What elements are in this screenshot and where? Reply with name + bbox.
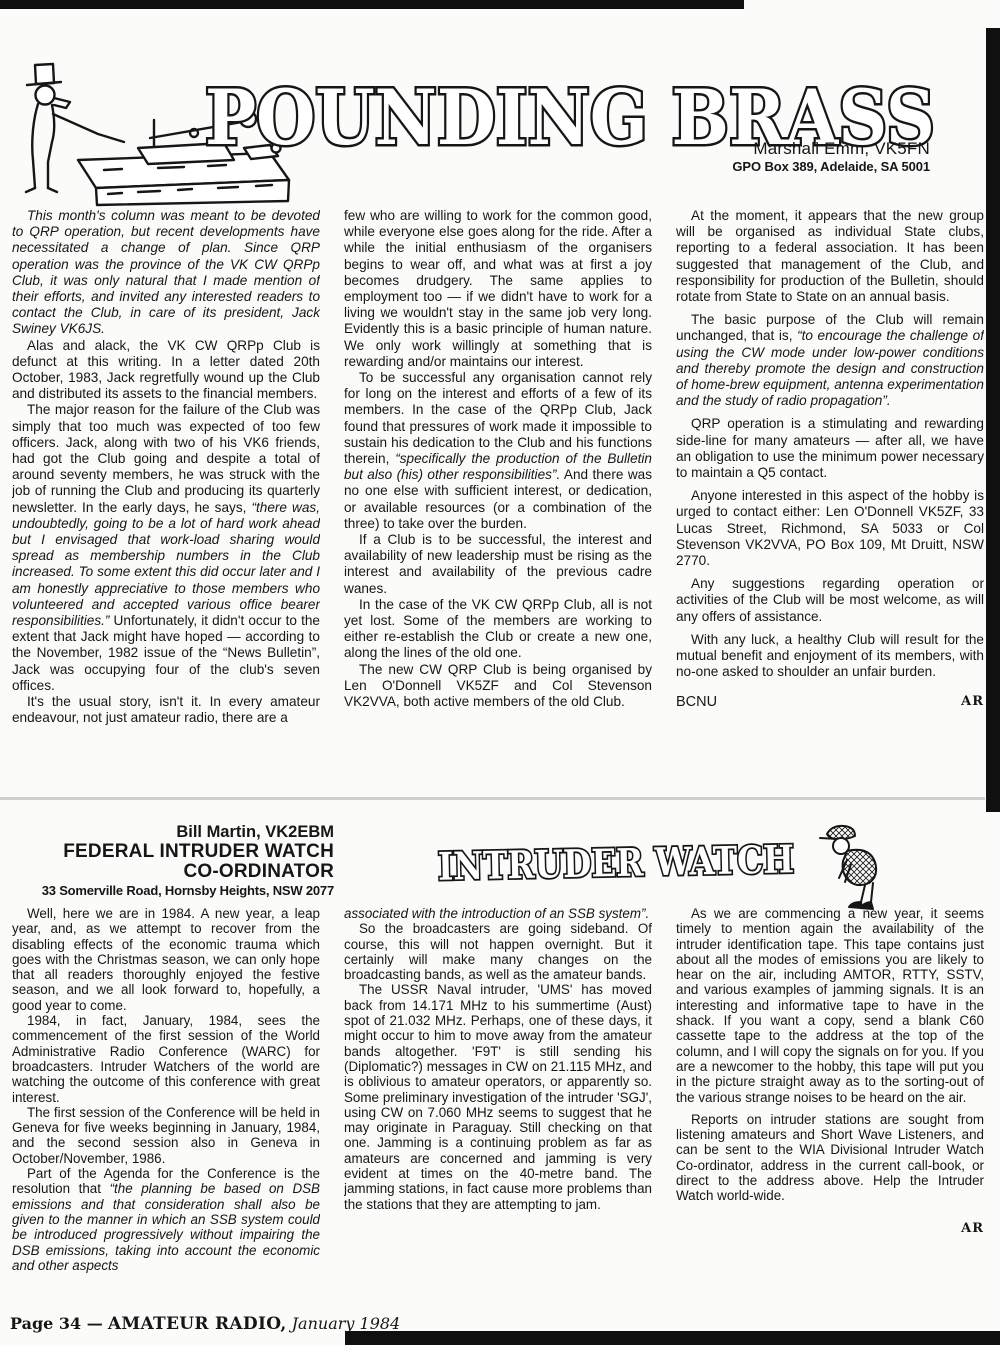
body-text: At the moment, it appears that the new g… — [676, 208, 984, 304]
body-text: Well, here we are in 1984. A new year, a… — [12, 906, 320, 1013]
body-paragraph: The new CW QRP Club is being organised b… — [344, 662, 652, 711]
body-text: In the case of the VK CW QRPp Club, all … — [344, 597, 652, 661]
body-paragraph: 1984, in fact, January, 1984, sees the c… — [12, 1013, 320, 1105]
section2-title-art: INTRUDER WATCH — [429, 834, 802, 896]
end-of-article-mark: AR — [961, 694, 984, 710]
body-text: Alas and alack, the VK CW QRPp Club is d… — [12, 338, 320, 402]
body-paragraph: This month's column was meant to be devo… — [12, 208, 320, 338]
body-text: The major reason for the failure of the … — [12, 402, 320, 514]
body-text: The USSR Naval intruder, 'UMS' has moved… — [344, 982, 652, 1211]
scan-edge-top — [0, 0, 744, 9]
body-text: few who are willing to work for the comm… — [344, 208, 652, 369]
section-divider — [0, 797, 985, 800]
body-paragraph: QRP operation is a stimulating and rewar… — [676, 416, 984, 481]
body-paragraph: As we are commencing a new year, it seem… — [676, 906, 984, 1105]
page-number: Page 34 — — [10, 1314, 103, 1333]
body-paragraph: So the broadcasters are going sideband. … — [344, 921, 652, 982]
body-paragraph: To be successful any organisation cannot… — [344, 370, 652, 532]
article-column-2: associated with the introduction of an S… — [344, 906, 652, 1320]
body-paragraph: Anyone interested in this aspect of the … — [676, 488, 984, 569]
body-text: Reports on intruder stations are sought … — [676, 1112, 984, 1203]
quoted-italic-text: This month's column was meant to be devo… — [12, 208, 320, 336]
body-paragraph: The first session of the Conference will… — [12, 1105, 320, 1166]
author-address: GPO Box 389, Adelaide, SA 5001 — [732, 159, 930, 175]
body-paragraph: The USSR Naval intruder, 'UMS' has moved… — [344, 982, 652, 1211]
quoted-italic-text: “there was, undoubtedly, going to be a l… — [12, 500, 320, 628]
body-text: It's the usual story, isn't it. In every… — [12, 694, 320, 725]
body-paragraph: In the case of the VK CW QRPp Club, all … — [344, 597, 652, 662]
body-paragraph: Well, here we are in 1984. A new year, a… — [12, 906, 320, 1013]
body-paragraph: Reports on intruder stations are sought … — [676, 1112, 984, 1204]
body-paragraph: few who are willing to work for the comm… — [344, 208, 652, 370]
issue-date: January 1984 — [292, 1314, 401, 1333]
article-column-1: Well, here we are in 1984. A new year, a… — [12, 906, 320, 1320]
body-paragraph: The major reason for the failure of the … — [12, 402, 320, 694]
quoted-italic-text: associated with the introduction of an S… — [344, 906, 649, 921]
body-text: Anyone interested in this aspect of the … — [676, 488, 984, 568]
body-paragraph: associated with the introduction of an S… — [344, 906, 652, 921]
coordinator-role-line1: FEDERAL INTRUDER WATCH — [8, 842, 334, 862]
end-of-article-mark: AR — [961, 1221, 984, 1236]
body-text: 1984, in fact, January, 1984, sees the c… — [12, 1013, 320, 1104]
body-paragraph: It's the usual story, isn't it. In every… — [12, 694, 320, 726]
body-text: If a Club is to be successful, the inter… — [344, 532, 652, 596]
coordinator-block: Bill Martin, VK2EBM FEDERAL INTRUDER WAT… — [8, 822, 334, 900]
page-footer: Page 34 — AMATEUR RADIO, January 1984 — [10, 1314, 400, 1334]
body-paragraph: Alas and alack, the VK CW QRPp Club is d… — [12, 338, 320, 403]
coordinator-role-line2: CO-ORDINATOR — [8, 862, 334, 882]
coordinator-name: Bill Martin, VK2EBM — [8, 822, 334, 842]
article-column-1: This month's column was meant to be devo… — [12, 208, 320, 798]
magazine-page: POUNDING BRASS Marshall Emm, VK5FN GPO B… — [0, 0, 1000, 1345]
magazine-name: AMATEUR RADIO, — [108, 1314, 287, 1334]
body-text: QRP operation is a stimulating and rewar… — [676, 416, 984, 480]
body-paragraph: Part of the Agenda for the Conference is… — [12, 1166, 320, 1273]
body-paragraph: With any luck, a healthy Club will resul… — [676, 632, 984, 681]
scan-edge-right — [986, 28, 1000, 812]
body-paragraph: The basic purpose of the Club will remai… — [676, 312, 984, 409]
body-paragraph: Any suggestions regarding operation or a… — [676, 576, 984, 625]
article-column-3: At the moment, it appears that the new g… — [676, 208, 984, 798]
body-text: The new CW QRP Club is being organised b… — [344, 662, 652, 709]
body-text: With any luck, a healthy Club will resul… — [676, 632, 984, 679]
signoff-row: BCNU AR — [676, 694, 984, 710]
body-paragraph: At the moment, it appears that the new g… — [676, 208, 984, 305]
byline-block: Marshall Emm, VK5FN GPO Box 389, Adelaid… — [732, 138, 930, 176]
body-text: The first session of the Conference will… — [12, 1105, 320, 1166]
intruder-watch-title: INTRUDER WATCH — [438, 836, 795, 888]
body-paragraph: If a Club is to be successful, the inter… — [344, 532, 652, 597]
signoff-text: BCNU — [676, 694, 717, 710]
author-name: Marshall Emm, VK5FN — [732, 138, 930, 159]
coordinator-address: 33 Somerville Road, Hornsby Heights, NSW… — [8, 882, 334, 900]
snooping-boy-illustration — [812, 818, 900, 914]
article-column-3: As we are commencing a new year, it seem… — [676, 906, 984, 1320]
article-column-2: few who are willing to work for the comm… — [344, 208, 652, 798]
body-text: As we are commencing a new year, it seem… — [676, 906, 984, 1105]
scan-edge-bottom — [345, 1331, 1000, 1345]
body-text: Any suggestions regarding operation or a… — [676, 576, 984, 623]
body-text: So the broadcasters are going sideband. … — [344, 921, 652, 982]
